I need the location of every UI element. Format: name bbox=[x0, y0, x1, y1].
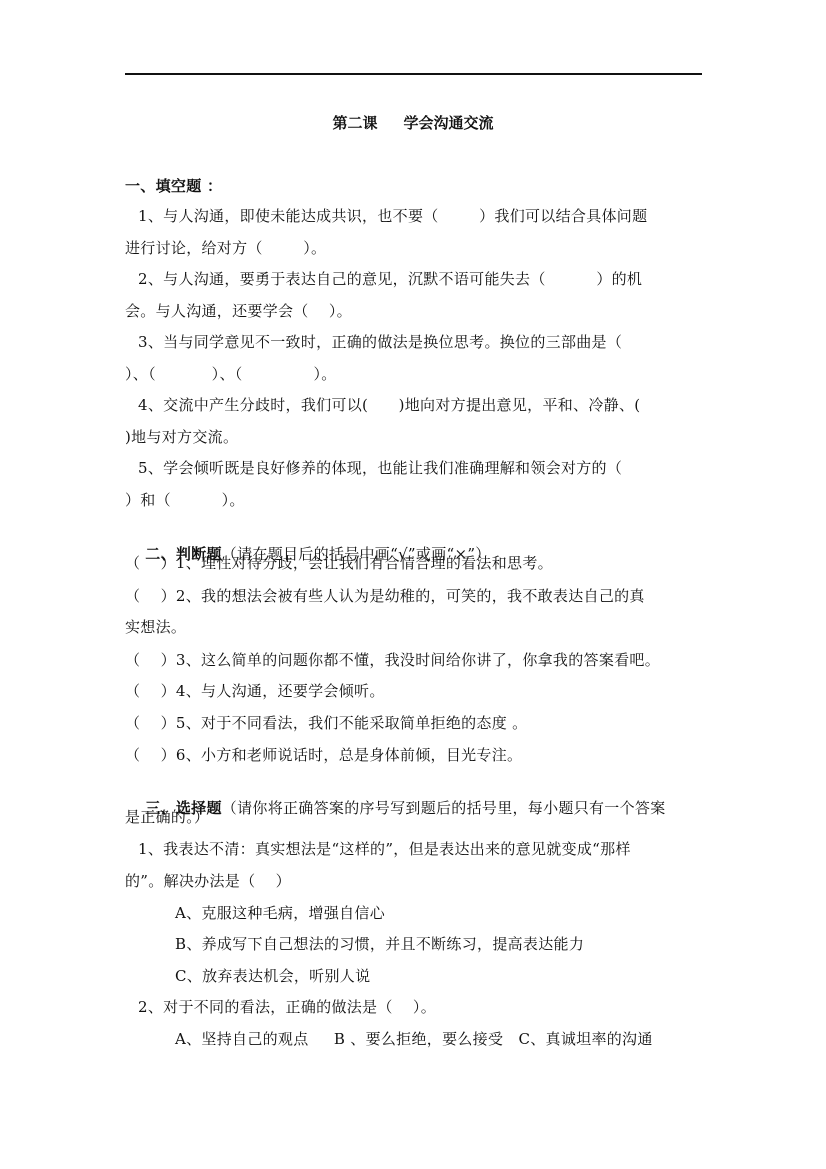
choice-q1-option-a: A、克服这种毛病，增强自信心 bbox=[175, 902, 755, 924]
true-false-q2-line1: （ ）2、我的想法会被有些人认为是幼稚的，可笑的，我不敢表达自己的真 bbox=[125, 585, 705, 607]
page-title: 第二课 学会沟通交流 bbox=[0, 112, 826, 134]
fill-blank-q5-line1: 5、学会倾听既是良好修养的体现，也能让我们准确理解和领会对方的（ bbox=[138, 457, 718, 479]
document-page: 第二课 学会沟通交流 一、填空题 ： 1、与人沟通，即使未能达成共识，也不要（ … bbox=[0, 0, 826, 1169]
fill-blank-q2-line1: 2、与人沟通，要勇于表达自己的意见，沉默不语可能失去（ ）的机 bbox=[138, 268, 718, 290]
section-instruction-multiple-choice-cont: 是正确的。） bbox=[125, 806, 705, 828]
true-false-q4: （ ）4、与人沟通，还要学会倾听。 bbox=[125, 680, 705, 702]
fill-blank-q3-line2: ）、（ ）、（ ）。 bbox=[125, 363, 705, 385]
choice-q2-options: A、坚持自己的观点 B 、要么拒绝，要么接受 C、真诚坦率的沟通 bbox=[175, 1028, 755, 1050]
fill-blank-q1-line2: 进行讨论，给对方（ ）。 bbox=[125, 237, 705, 259]
fill-blank-q4-line1: 4、交流中产生分歧时，我们可以( )地向对方提出意见，平和、冷静、( bbox=[138, 394, 718, 416]
choice-q1-stem-line2: 的”。解决办法是（ ） bbox=[125, 870, 705, 892]
fill-blank-q3-line1: 3、当与同学意见不一致时，正确的做法是换位思考。换位的三部曲是（ bbox=[138, 331, 718, 353]
choice-q2-stem: 2、对于不同的看法，正确的做法是（ ）。 bbox=[138, 996, 718, 1018]
fill-blank-q5-line2: ）和（ ）。 bbox=[125, 489, 705, 511]
header-rule bbox=[125, 73, 702, 75]
section-heading-fill-blank: 一、填空题 ： bbox=[125, 175, 705, 197]
fill-blank-q1-line1: 1、与人沟通，即使未能达成共识，也不要（ ）我们可以结合具体问题 bbox=[138, 205, 718, 227]
choice-q1-stem-line1: 1、我表达不清：真实想法是“这样的”，但是表达出来的意见就变成“那样 bbox=[138, 838, 718, 860]
true-false-q2-line2: 实想法。 bbox=[125, 616, 705, 638]
true-false-q3: （ ）3、这么简单的问题你都不懂，我没时间给你讲了，你拿我的答案看吧。 bbox=[125, 649, 705, 671]
choice-q1-option-c: C、放弃表达机会，听别人说 bbox=[175, 965, 755, 987]
choice-q1-option-b: B、养成写下自己想法的习惯，并且不断练习，提高表达能力 bbox=[175, 933, 755, 955]
fill-blank-q2-line2: 会。与人沟通，还要学会（ ）。 bbox=[125, 300, 705, 322]
true-false-q5: （ ）5、对于不同看法，我们不能采取简单拒绝的态度 。 bbox=[125, 712, 705, 734]
fill-blank-q4-line2: )地与对方交流。 bbox=[125, 426, 705, 448]
true-false-q6: （ ）6、小方和老师说话时，总是身体前倾，目光专注。 bbox=[125, 744, 705, 766]
true-false-q1: （ ）1、理性对待分歧，会让我们有合情合理的看法和思考。 bbox=[125, 552, 705, 574]
